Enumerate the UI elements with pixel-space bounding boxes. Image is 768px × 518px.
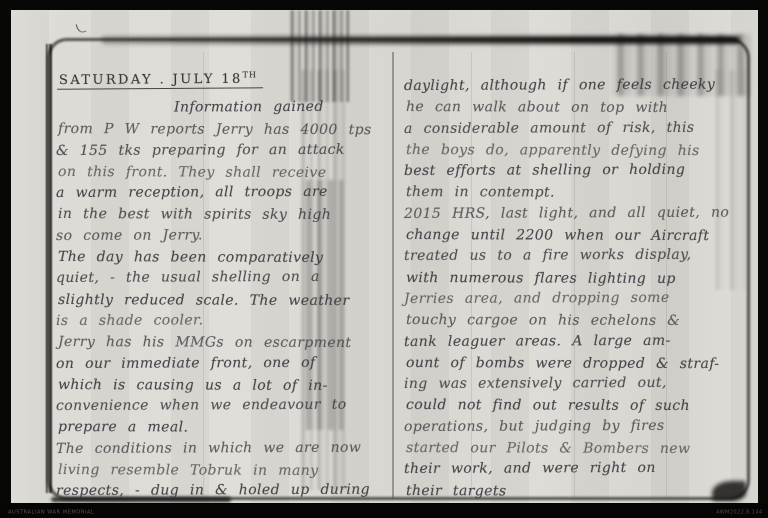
handwritten-line: their work, and were right on	[404, 458, 758, 481]
handwritten-line: treated us to a fire works display,	[404, 245, 758, 268]
diary-page-paper: SATURDAY . JULY 18TH Information gainedf…	[11, 10, 758, 503]
page-border-left-edge	[46, 44, 52, 493]
stray-pen-mark	[76, 22, 87, 34]
handwritten-line: daylight, although if one feels cheeky	[404, 74, 758, 97]
handwritten-line: is a shade cooler.	[56, 309, 394, 332]
entry-date-heading: SATURDAY . JULY 18TH	[57, 70, 263, 90]
date-ordinal-suffix: TH	[243, 70, 257, 79]
handwritten-line: convenience when we endeavour to	[56, 395, 394, 418]
handwritten-line: Information gained	[56, 97, 394, 120]
archive-watermark: AUSTRALIAN WAR MEMORIAL	[8, 509, 94, 515]
handwritten-line: on our immediate front, one of	[56, 352, 394, 375]
handwritten-line: a considerable amount of risk, this	[404, 117, 758, 140]
handwritten-line: & 155 tks preparing for an attack	[56, 139, 394, 162]
scanned-diary-photo: SATURDAY . JULY 18TH Information gainedf…	[0, 0, 768, 518]
handwritten-line: 2015 HRS, last light, and all quiet, no	[404, 202, 758, 225]
entry-date-text: SATURDAY . JULY 18	[59, 72, 243, 88]
archive-catalog-number: AWM2022.8.144	[716, 509, 762, 515]
handwritten-line: from P W reports Jerry has 4000 tps	[58, 119, 394, 141]
handwritten-line: prepare a meal.	[58, 417, 394, 439]
page-border-top-smudge	[101, 36, 740, 44]
handwritten-line: a warm reception, all troops are	[56, 182, 394, 205]
handwritten-line: in the best with spirits sky high	[58, 204, 394, 226]
left-handwriting-column: Information gainedfrom P W reports Jerry…	[56, 98, 394, 503]
archive-footer-band: AUSTRALIAN WAR MEMORIAL AWM2022.8.144	[0, 503, 768, 518]
handwritten-line: Jerry has his MMGs on escarpment	[58, 332, 394, 354]
handwritten-line: quiet, - the usual shelling on a	[56, 267, 394, 290]
handwritten-line: so come on Jerry.	[56, 224, 394, 247]
handwritten-line: tank leaguer areas. A large am-	[404, 330, 758, 353]
handwritten-line: he can walk about on top with	[406, 97, 758, 120]
handwritten-line: best efforts at shelling or holding	[404, 160, 758, 183]
right-handwriting-column: daylight, although if one feels cheekyhe…	[404, 76, 758, 502]
handwritten-line: The conditions in which we are now	[56, 437, 394, 460]
handwritten-line: operations, but judging by fires	[404, 415, 758, 438]
handwritten-line: their targets	[406, 481, 758, 503]
handwritten-line: Jerries area, and dropping some	[404, 287, 758, 310]
handwritten-line: ing was extensively carried out,	[404, 373, 758, 396]
handwritten-line: them in contempt.	[406, 182, 758, 205]
handwritten-line: respects, - dug in & holed up during	[56, 480, 394, 503]
handwritten-line: could not find out results of such	[406, 395, 758, 418]
handwritten-line: touchy cargoe on his echelons &	[406, 310, 758, 333]
